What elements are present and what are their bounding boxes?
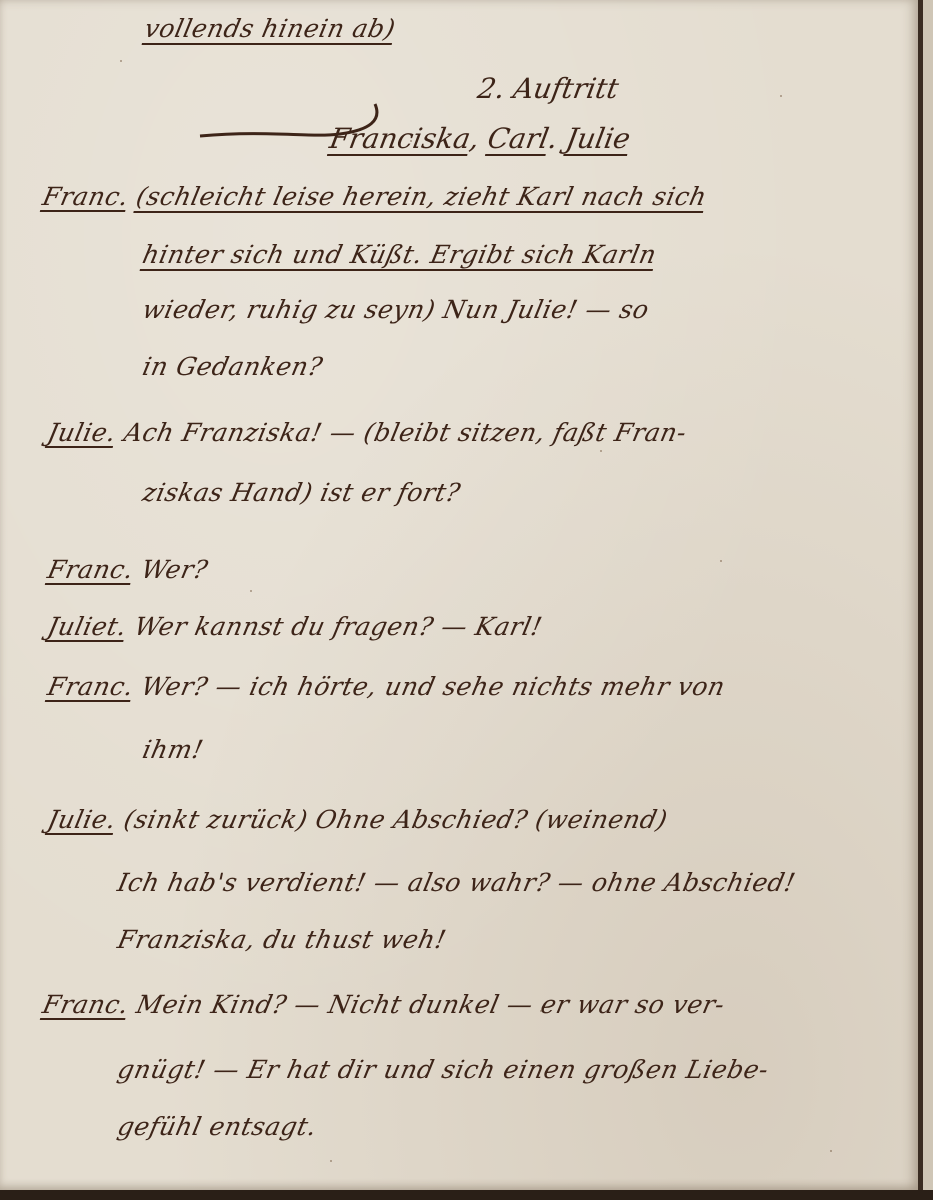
dialogue-line: Franc. Wer?: [45, 555, 211, 584]
dialogue-line: in Gedanken?: [140, 352, 325, 381]
dialogue-text: Wer? — ich hörte, und sehe nichts mehr v…: [139, 672, 728, 701]
dialogue-line: Julie. (sinkt zurück) Ohne Abschied? (we…: [45, 805, 670, 834]
dialogue-line: Franc. Mein Kind? — Nicht dunkel — er wa…: [40, 990, 727, 1019]
dialogue-text: Ach Franziska! — (bleibt sitzen, faßt Fr…: [121, 418, 689, 447]
dialogue-text: Mein Kind? — Nicht dunkel — er war so ve…: [134, 990, 728, 1019]
dialogue-line: Franc. (schleicht leise herein, zieht Ka…: [40, 182, 709, 211]
stage-direction: hinter sich und Küßt. Ergibt sich Karln: [140, 240, 659, 269]
paper-speck: [330, 1160, 332, 1162]
dialogue-line: Ich hab's verdient! — also wahr? — ohne …: [115, 868, 798, 897]
speaker-label: Julie.: [45, 805, 119, 834]
adjacent-page-edge: [923, 0, 933, 1200]
dialogue-line: gefühl entsagt.: [115, 1112, 320, 1141]
speaker-label: Franc.: [40, 182, 131, 211]
character-julie: Julie: [563, 122, 633, 155]
dialogue-text: Wer?: [139, 555, 211, 584]
character-franciska: Franciska: [327, 122, 473, 155]
character-carl: Carl: [485, 122, 551, 155]
dialogue-text: Wer kannst du fragen? — Karl!: [132, 612, 545, 641]
dialogue-line: Franc. Wer? — ich hörte, und sehe nichts…: [45, 672, 728, 701]
speaker-label: Juliet.: [45, 612, 130, 641]
scene-number-heading: 2. Auftritt: [475, 72, 621, 105]
dialogue-line: Julie. Ach Franziska! — (bleibt sitzen, …: [45, 418, 689, 447]
scene-characters: Franciska, Carl. Julie: [327, 122, 633, 155]
speaker-label: Franc.: [45, 555, 136, 584]
dialogue-line: wieder, ruhig zu seyn) Nun Julie! — so: [140, 295, 652, 324]
speaker-label: Julie.: [45, 418, 119, 447]
speaker-label: Franc.: [40, 990, 131, 1019]
stage-direction-continuation: vollends hinein ab): [142, 14, 398, 43]
dialogue-line: Juliet. Wer kannst du fragen? — Karl!: [45, 612, 545, 641]
dialogue-line: Franziska, du thust weh!: [115, 925, 449, 954]
paper-speck: [600, 450, 602, 452]
dialogue-line: gnügt! — Er hat dir und sich einen große…: [115, 1055, 771, 1084]
dialogue-line: ihm!: [140, 735, 206, 764]
speaker-label: Franc.: [45, 672, 136, 701]
paper-speck: [120, 60, 122, 62]
stage-direction: (schleicht leise herein, zieht Karl nach…: [134, 182, 710, 211]
paper-speck: [830, 1150, 832, 1152]
dialogue-line: ziskas Hand) ist er fort?: [140, 478, 463, 507]
paper-speck: [720, 560, 722, 562]
manuscript-page: vollends hinein ab) 2. Auftritt Francisk…: [0, 0, 918, 1190]
page-bottom-edge: [0, 1190, 933, 1200]
dialogue-text: (sinkt zurück) Ohne Abschied? (weinend): [121, 805, 670, 834]
paper-speck: [780, 95, 782, 97]
paper-speck: [250, 590, 252, 592]
